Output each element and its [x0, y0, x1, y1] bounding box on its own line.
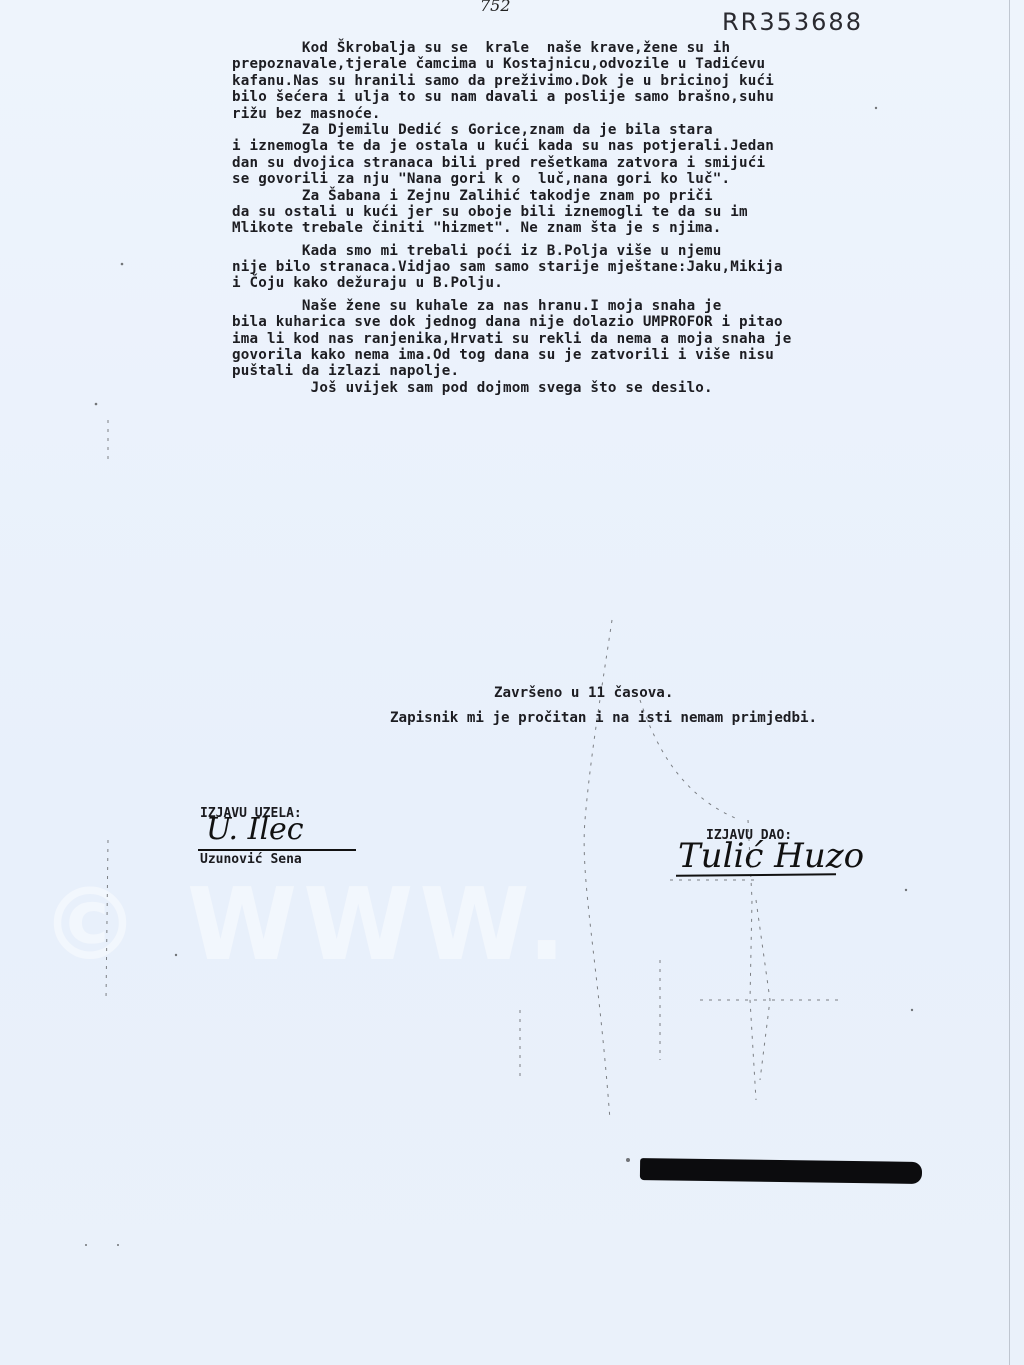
taken-by-signature: U. Ilec	[206, 812, 304, 847]
reference-number: RR353688	[722, 8, 863, 36]
statement-line: bilo šećera i ulja to su nam davali a po…	[232, 89, 892, 105]
statement-line: puštali da izlazi napolje.	[232, 363, 892, 379]
statement-line: Još uvijek sam pod dojmom svega što se d…	[232, 380, 892, 396]
closing-statement: Zapisnik mi je pročitan i na isti nemam …	[390, 710, 817, 726]
statement-line: i Čoju kako dežuraju u B.Polju.	[232, 275, 892, 291]
statement-line: ima li kod nas ranjenika,Hrvati su rekli…	[232, 331, 892, 347]
statement-line: dan su dvojica stranaca bili pred rešetk…	[232, 155, 892, 171]
statement-line: i iznemogla te da je ostala u kući kada …	[232, 138, 892, 154]
given-by-signature: Tulić Huzo	[678, 836, 864, 876]
document-page: 752 RR353688 © WWW. Kod Škrobalja su se …	[0, 0, 1024, 1365]
statement-body: Kod Škrobalja su se krale naše krave,žen…	[232, 40, 892, 396]
statement-line: kafanu.Nas su hranili samo da preživimo.…	[232, 73, 892, 89]
statement-line: se govorili za nju "Nana gori k o luč,na…	[232, 171, 892, 187]
statement-line: da su ostali u kući jer su oboje bili iz…	[232, 204, 892, 220]
statement-line: bila kuharica sve dok jednog dana nije d…	[232, 314, 892, 330]
statement-line: Mlikote trebale činiti "hizmet". Ne znam…	[232, 220, 892, 236]
statement-line: Naše žene su kuhale za nas hranu.I moja …	[232, 298, 892, 314]
statement-line: govorila kako nema ima.Od tog dana su je…	[232, 347, 892, 363]
signature-line-left	[198, 849, 356, 851]
closing-finished: Završeno u 11 časova.	[494, 685, 673, 701]
watermark: © WWW.	[40, 870, 1000, 980]
statement-line: Za Šabana i Zejnu Zalihić takodje znam p…	[232, 188, 892, 204]
statement-line: prepoznavale,tjerale čamcima u Kostajnic…	[232, 56, 892, 72]
statement-line: Kada smo mi trebali poći iz B.Polja više…	[232, 243, 892, 259]
taken-by-name: Uzunović Sena	[200, 852, 302, 867]
page-edge	[1009, 0, 1010, 1365]
statement-line: nije bilo stranaca.Vidjao sam samo stari…	[232, 259, 892, 275]
redacted-bar	[640, 1158, 922, 1184]
statement-line: Za Djemilu Dedić s Gorice,znam da je bil…	[232, 122, 892, 138]
statement-line: Kod Škrobalja su se krale naše krave,žen…	[232, 40, 892, 56]
statement-line: rižu bez masnoće.	[232, 106, 892, 122]
top-handwritten-mark: 752	[480, 0, 511, 15]
